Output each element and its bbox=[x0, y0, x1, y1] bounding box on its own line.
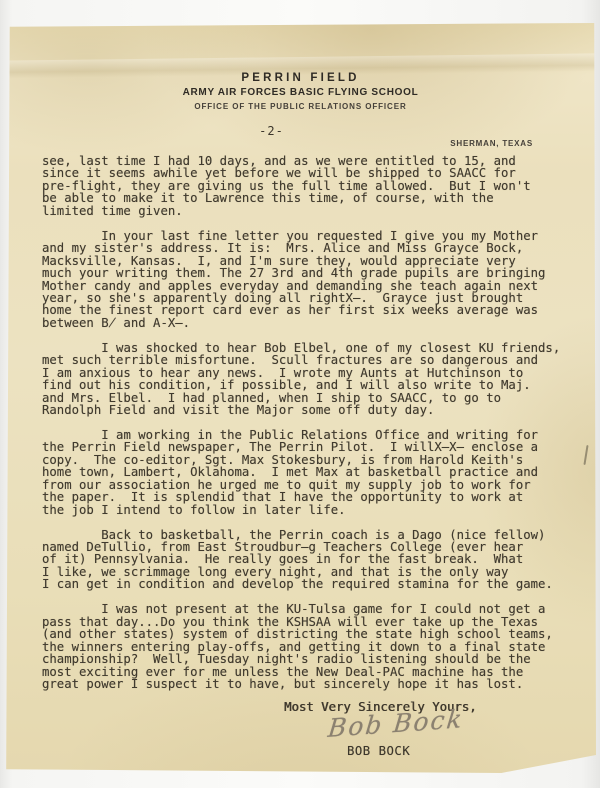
closing-block: Most Very Sincerely Yours, Bob Bock BOB … bbox=[284, 700, 574, 714]
signature-typed-name: BOB BOCK bbox=[347, 744, 410, 758]
letterhead-office: OFFICE OF THE PUBLIC RELATIONS OFFICER bbox=[5, 102, 596, 111]
dateline-location: SHERMAN, TEXAS bbox=[450, 139, 533, 148]
scan-background: PERRIN FIELD ARMY AIR FORCES BASIC FLYIN… bbox=[0, 0, 600, 788]
letterhead-title: PERRIN FIELD bbox=[5, 72, 596, 84]
paragraph: In your last fine letter you requested I… bbox=[42, 230, 572, 330]
paragraph: I was not present at the KU-Tulsa game f… bbox=[42, 603, 572, 690]
letter-page: PERRIN FIELD ARMY AIR FORCES BASIC FLYIN… bbox=[5, 23, 596, 773]
letter-body: see, last time I had 10 days, and as we … bbox=[42, 155, 572, 703]
paragraph: Back to basketball, the Perrin coach is … bbox=[42, 529, 572, 591]
letterhead-subtitle: ARMY AIR FORCES BASIC FLYING SCHOOL bbox=[5, 87, 596, 98]
paragraph: I was shocked to hear Bob Elbel, one of … bbox=[42, 342, 572, 417]
paragraph: see, last time I had 10 days, and as we … bbox=[42, 155, 572, 217]
paragraph: I am working in the Public Relations Off… bbox=[42, 429, 572, 516]
page-number: -2- bbox=[0, 124, 567, 138]
letterhead: PERRIN FIELD ARMY AIR FORCES BASIC FLYIN… bbox=[5, 72, 596, 111]
scratch-mark bbox=[583, 445, 588, 465]
